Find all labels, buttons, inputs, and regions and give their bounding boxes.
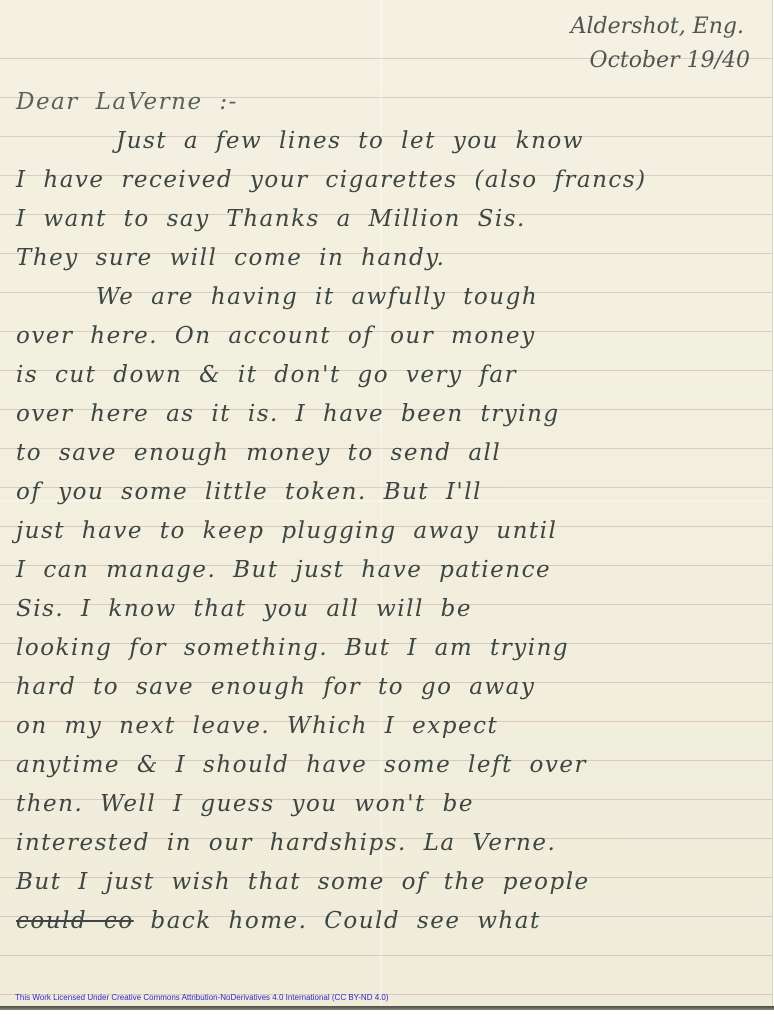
letter-line-last: could co back home. Could see what bbox=[16, 903, 766, 942]
letter-place: Aldershot, Eng. bbox=[571, 10, 744, 44]
letter-line: over here as it is. I have been trying bbox=[16, 396, 766, 435]
letter-line: They sure will come in handy. bbox=[16, 240, 766, 279]
letter-line: I have received your cigarettes (also fr… bbox=[16, 162, 766, 201]
letter-line: looking for something. But I am trying bbox=[16, 630, 766, 669]
letter-line: We are having it awfully tough bbox=[16, 279, 766, 318]
letter-line: on my next leave. Which I expect bbox=[16, 708, 766, 747]
letter-line: I want to say Thanks a Million Sis. bbox=[16, 201, 766, 240]
letter-header: Aldershot, Eng. October 19/40 bbox=[571, 10, 750, 78]
letter-line: Sis. I know that you all will be bbox=[16, 591, 766, 630]
letter-line: interested in our hardships. La Verne. bbox=[16, 825, 766, 864]
letter-line: then. Well I guess you won't be bbox=[16, 786, 766, 825]
salutation: Dear LaVerne :- bbox=[16, 84, 766, 123]
letter-page: Aldershot, Eng. October 19/40 Dear LaVer… bbox=[0, 0, 773, 1010]
letter-line: is cut down & it don't go very far bbox=[16, 357, 766, 396]
letter-line: just have to keep plugging away until bbox=[16, 513, 766, 552]
last-line-text: back home. Could see what bbox=[150, 908, 540, 934]
letter-body: Dear LaVerne :- Just a few lines to let … bbox=[16, 84, 766, 942]
letter-line: hard to save enough for to go away bbox=[16, 669, 766, 708]
letter-line: I can manage. But just have patience bbox=[16, 552, 766, 591]
letter-line: to save enough money to send all bbox=[16, 435, 766, 474]
letter-line: of you some little token. But I'll bbox=[16, 474, 766, 513]
letter-line: But I just wish that some of the people bbox=[16, 864, 766, 903]
letter-line: Just a few lines to let you know bbox=[16, 123, 766, 162]
page-bottom-edge bbox=[0, 1006, 774, 1010]
struck-text: could co bbox=[16, 908, 134, 934]
letter-line: anytime & I should have some left over bbox=[16, 747, 766, 786]
letter-line: over here. On account of our money bbox=[16, 318, 766, 357]
letter-date: October 19/40 bbox=[571, 44, 750, 78]
license-notice: This Work Licensed Under Creative Common… bbox=[15, 993, 388, 1002]
